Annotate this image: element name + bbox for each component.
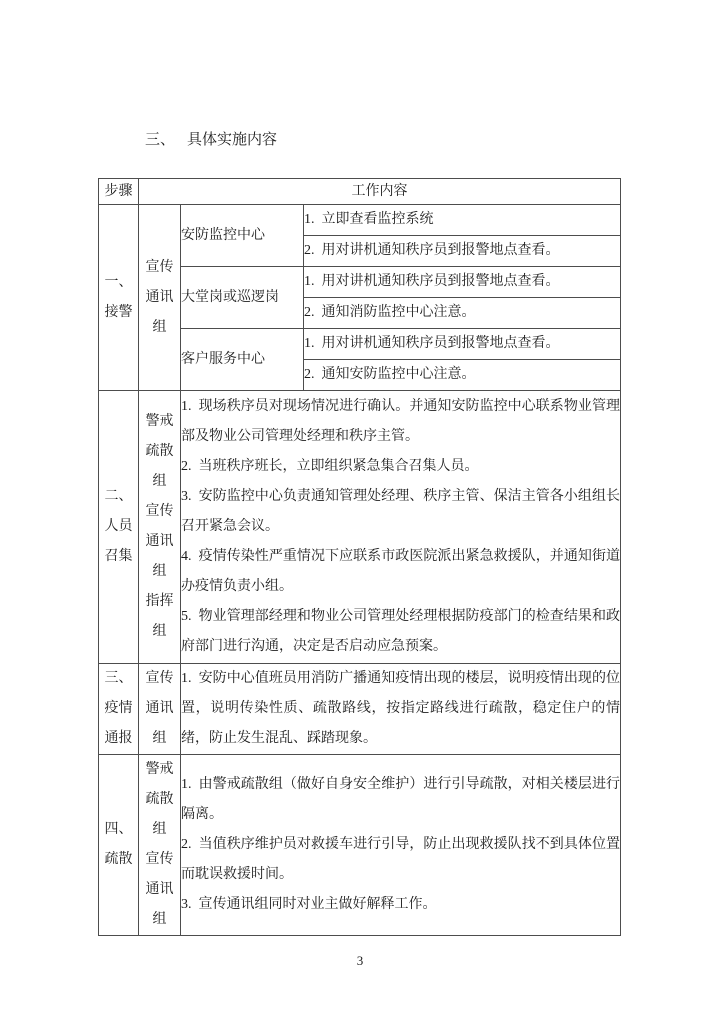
work-item: 4. 疫情传染性严重情况下应联系市政医院派出紧急救援队，并通知街道办疫情负责小组… <box>181 542 620 602</box>
work-item: 1. 由警戒疏散组（做好自身安全维护）进行引导疏散，对相关楼层进行隔离。 <box>181 770 620 830</box>
location-cell: 大堂岗或巡逻岗 <box>181 267 304 329</box>
page-number: 3 <box>0 953 720 969</box>
section-heading-text: 具体实施内容 <box>187 132 277 148</box>
step-cell: 四、疏散 <box>99 755 139 936</box>
group-name: 宣传通讯组 <box>139 253 180 343</box>
group-cell: 宣传通讯组 <box>139 205 181 391</box>
content-cell: 2. 通知消防监控中心注意。 <box>304 298 621 329</box>
work-item: 1. 现场秩序员对现场情况进行确认。并通知安防监控中心联系物业管理部及物业公司管… <box>181 392 620 452</box>
work-item: 1. 用对讲机通知秩序员到报警地点查看。 <box>304 329 620 359</box>
content-cell: 2. 通知安防监控中心注意。 <box>304 360 621 391</box>
content-cell: 1. 由警戒疏散组（做好自身安全维护）进行引导疏散，对相关楼层进行隔离。 2. … <box>181 755 621 936</box>
section-heading-number: 三、 <box>145 130 187 150</box>
content-cell: 1. 用对讲机通知秩序员到报警地点查看。 <box>304 329 621 360</box>
group-name: 警戒疏散组 <box>139 755 180 845</box>
step-cell: 二、人员召集 <box>99 391 139 664</box>
group-cell: 警戒疏散组 宣传通讯组 指挥组 <box>139 391 181 664</box>
work-item: 3. 安防监控中心负责通知管理处经理、秩序主管、保洁主管各小组组长召开紧急会议。 <box>181 482 620 542</box>
group-name: 宣传通讯组 <box>139 664 180 754</box>
work-item: 1. 用对讲机通知秩序员到报警地点查看。 <box>304 267 620 297</box>
group-name: 警戒疏散组 <box>139 407 180 497</box>
work-item: 2. 当值秩序维护员对救援车进行引导，防止出现救援队找不到具体位置而耽误救援时间… <box>181 830 620 890</box>
work-item: 3. 宣传通讯组同时对业主做好解释工作。 <box>181 890 620 920</box>
content-cell: 1. 安防中心值班员用消防广播通知疫情出现的楼层，说明疫情出现的位置，说明传染性… <box>181 664 621 755</box>
location-cell: 客户服务中心 <box>181 329 304 391</box>
step-cell: 一、接警 <box>99 205 139 391</box>
table-row: 一、接警 宣传通讯组 安防监控中心 1. 立即查看监控系统 <box>99 205 621 236</box>
content-cell: 1. 立即查看监控系统 <box>304 205 621 236</box>
location-cell: 安防监控中心 <box>181 205 304 267</box>
content-cell: 1. 现场秩序员对现场情况进行确认。并通知安防监控中心联系物业管理部及物业公司管… <box>181 391 621 664</box>
work-table: 步骤 工作内容 一、接警 宣传通讯组 安防监控中心 1. 立即查看监控系统 2.… <box>98 178 621 936</box>
table-row: 二、人员召集 警戒疏散组 宣传通讯组 指挥组 1. 现场秩序员对现场情况进行确认… <box>99 391 621 664</box>
table-row: 三、疫情通报 宣传通讯组 1. 安防中心值班员用消防广播通知疫情出现的楼层，说明… <box>99 664 621 755</box>
content-cell: 2. 用对讲机通知秩序员到报警地点查看。 <box>304 236 621 267</box>
work-item: 5. 物业管理部经理和物业公司管理处经理根据防疫部门的检查结果和政府部门进行沟通… <box>181 602 620 662</box>
group-cell: 警戒疏散组 宣传通讯组 <box>139 755 181 936</box>
table-header-row: 步骤 工作内容 <box>99 179 621 205</box>
group-name: 宣传通讯组 <box>139 497 180 587</box>
group-name: 指挥组 <box>139 587 180 647</box>
work-item: 1. 立即查看监控系统 <box>304 205 620 235</box>
work-item: 2. 用对讲机通知秩序员到报警地点查看。 <box>304 236 620 266</box>
work-item: 2. 当班秩序班长，立即组织紧急集合召集人员。 <box>181 452 620 482</box>
content-cell: 1. 用对讲机通知秩序员到报警地点查看。 <box>304 267 621 298</box>
header-cell-content: 工作内容 <box>139 179 621 205</box>
work-item: 2. 通知安防监控中心注意。 <box>304 360 620 390</box>
work-item: 2. 通知消防监控中心注意。 <box>304 298 620 328</box>
group-name: 宣传通讯组 <box>139 845 180 935</box>
table-row: 四、疏散 警戒疏散组 宣传通讯组 1. 由警戒疏散组（做好自身安全维护）进行引导… <box>99 755 621 936</box>
group-cell: 宣传通讯组 <box>139 664 181 755</box>
section-heading: 三、具体实施内容 <box>145 130 277 150</box>
work-item: 1. 安防中心值班员用消防广播通知疫情出现的楼层，说明疫情出现的位置，说明传染性… <box>181 664 620 754</box>
header-cell-step: 步骤 <box>99 179 139 205</box>
document-page: 三、具体实施内容 步骤 工作内容 一、接警 宣传通讯组 安防监控中心 1. 立即… <box>0 0 720 1020</box>
step-cell: 三、疫情通报 <box>99 664 139 755</box>
